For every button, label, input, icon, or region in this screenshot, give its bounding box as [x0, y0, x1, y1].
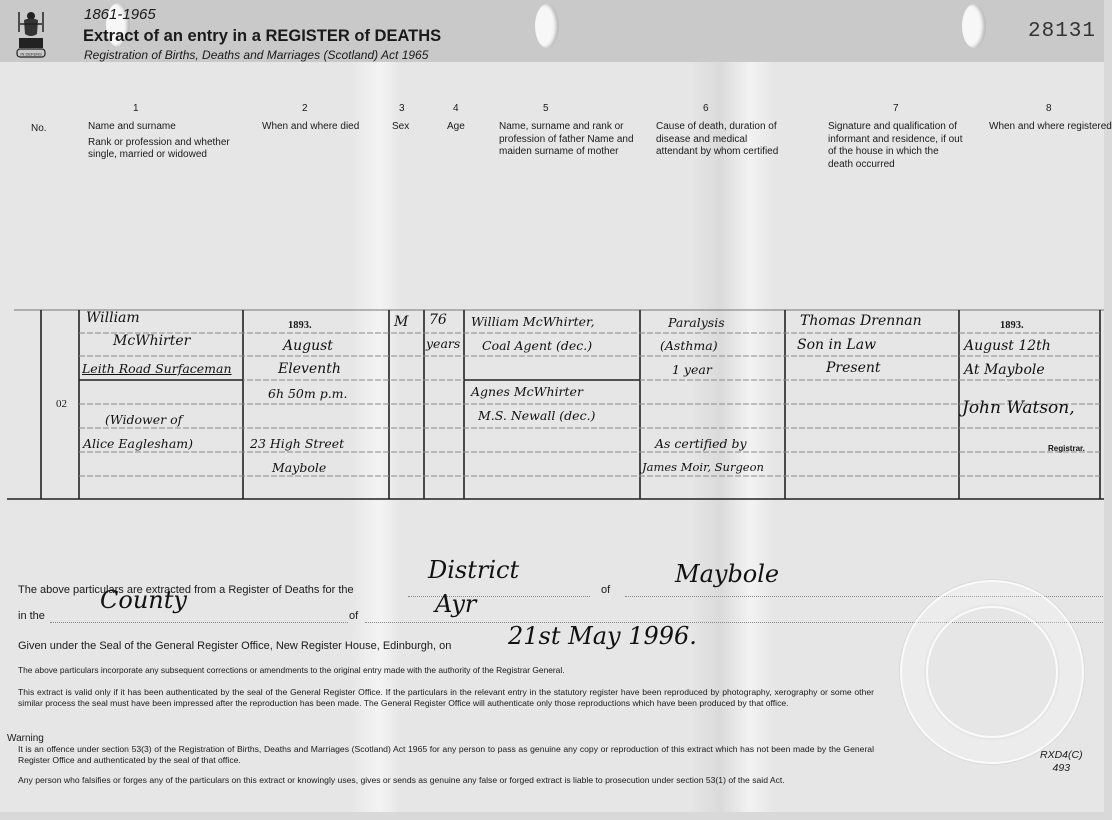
marital-status-line2: Alice Eaglesham)	[83, 436, 193, 451]
death-place-line2: Maybole	[272, 460, 326, 475]
medical-attendant: James Moir, Surgeon	[642, 460, 764, 474]
registration-date: August 12th	[964, 338, 1051, 354]
serial-number: 28131	[1028, 20, 1096, 43]
informant-name: Thomas Drennan	[800, 313, 922, 329]
embossed-seal-icon	[900, 580, 1084, 764]
of-label-2: of	[349, 610, 358, 622]
royal-crest-icon: IN DEFENS	[14, 8, 48, 60]
sex-value: M	[394, 314, 408, 330]
column-number-2: 2	[302, 103, 308, 114]
deceased-profession: Leith Road Surfaceman	[82, 361, 232, 376]
column-header-when-where-died: When and where died	[262, 121, 359, 134]
father-name: William McWhirter,	[471, 314, 595, 329]
registrar-signature: John Watson,	[962, 398, 1075, 418]
column-number-4: 4	[453, 103, 459, 114]
death-year: 1893.	[288, 320, 312, 331]
form-code: RXD4(C) 493	[1040, 749, 1083, 775]
cause-of-death: Paralysis	[668, 315, 725, 330]
column-number-3: 3	[399, 103, 405, 114]
death-time: 6h 50m p.m.	[268, 386, 348, 401]
death-month: August	[283, 338, 333, 354]
cause-secondary: (Asthma)	[660, 338, 718, 353]
area-name-value: Ayr	[435, 590, 476, 618]
mother-maiden-surname: M.S. Newall (dec.)	[478, 408, 595, 423]
column-header-cause: Cause of death, duration of disease and …	[656, 121, 791, 159]
column-header-name: Name and surname Rank or profession and …	[88, 121, 258, 162]
death-place-line1: 23 High Street	[250, 436, 344, 451]
validity-note: This extract is valid only if it has bee…	[18, 687, 874, 709]
svg-text:IN DEFENS: IN DEFENS	[20, 52, 42, 57]
deceased-first-name: William	[86, 310, 140, 326]
informant-presence: Present	[826, 360, 881, 376]
column-number-1: 1	[133, 103, 139, 114]
column-number-6: 6	[703, 103, 709, 114]
district-name-value: Maybole	[675, 560, 779, 588]
punch-hole	[962, 4, 986, 48]
age-unit: years	[426, 336, 460, 351]
forgery-warning: Any person who falsifies or forges any o…	[18, 775, 874, 786]
registration-place: At Maybole	[964, 362, 1045, 378]
column-header-no: No.	[31, 123, 47, 136]
registration-year: 1893.	[1000, 320, 1024, 331]
warning-title: Warning	[7, 733, 44, 744]
marital-status-line1: (Widower of	[105, 412, 182, 427]
father-profession: Coal Agent (dec.)	[482, 338, 592, 353]
entry-number: 02	[56, 398, 67, 410]
district-type-value: District	[428, 556, 519, 584]
corrections-note: The above particulars incorporate any su…	[18, 665, 658, 676]
area-type-field	[50, 622, 348, 623]
in-the-label: in the	[18, 610, 45, 622]
header-years: 1861-1965	[84, 6, 156, 23]
column-header-registration: When and where registered and signature …	[989, 121, 1112, 134]
column-header-informant: Signature and qualification of informant…	[828, 121, 963, 171]
given-under-seal-text: Given under the Seal of the General Regi…	[18, 640, 451, 652]
age-value: 76	[429, 312, 447, 328]
column-header-parents: Name, surname and rank or profession of …	[499, 121, 639, 159]
disease-duration: 1 year	[672, 362, 712, 377]
area-type-value: County	[100, 586, 187, 614]
registrar-label: Registrar.	[1048, 444, 1085, 453]
death-day: Eleventh	[278, 361, 341, 377]
document-title: Extract of an entry in a REGISTER of DEA…	[83, 27, 441, 46]
column-header-age: Age	[447, 121, 465, 134]
issue-date: 21st May 1996.	[508, 622, 697, 650]
certificate-paper: IN DEFENS 1861-1965 Extract of an entry …	[0, 0, 1104, 812]
column-number-7: 7	[893, 103, 899, 114]
punch-hole	[535, 4, 559, 48]
mother-name: Agnes McWhirter	[471, 384, 583, 399]
of-label: of	[601, 584, 610, 596]
certified-by-label: As certified by	[655, 436, 747, 451]
informant-relation: Son in Law	[797, 337, 876, 353]
column-number-8: 8	[1046, 103, 1052, 114]
column-header-sex: Sex	[392, 121, 409, 134]
warning-text: It is an offence under section 53(3) of …	[18, 744, 874, 766]
deceased-surname: McWhirter	[113, 333, 190, 349]
document-subtitle: Registration of Births, Deaths and Marri…	[84, 48, 428, 62]
column-number-5: 5	[543, 103, 549, 114]
